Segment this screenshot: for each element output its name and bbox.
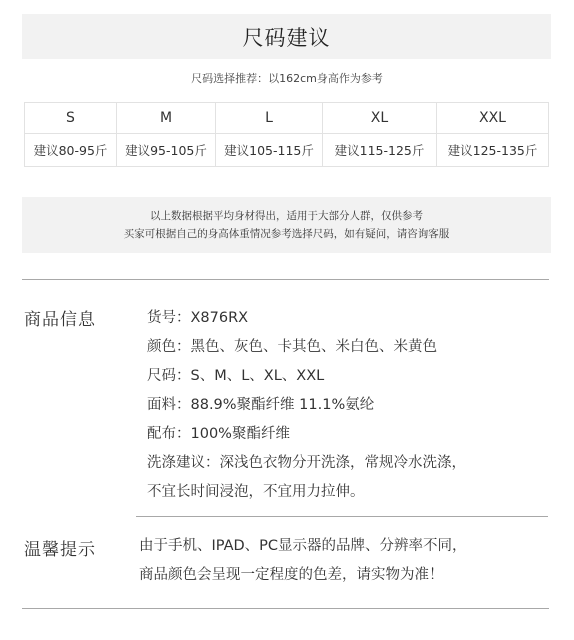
product-info-colors: 颜色：黑色、灰色、卡其色、米白色、米黄色 [147, 333, 466, 362]
size-value-m: 建议95-105斤 [117, 134, 216, 167]
product-info-washing-1: 洗涤建议：深浅色衣物分开洗涤，常规冷水洗涤， [147, 449, 466, 478]
product-info-sizes: 尺码：S、M、L、XL、XXL [147, 362, 466, 391]
size-table-header-row: S M L XL XXL [25, 103, 549, 134]
product-info-fabric: 面料：88.9%聚酯纤维 11.1%氨纶 [147, 391, 466, 420]
size-guide-title: 尺码建议 [243, 22, 331, 52]
product-info-lining: 配布：100%聚酯纤维 [147, 420, 466, 449]
size-notice-box: 以上数据根据平均身材得出，适用于大部分人群，仅供参考 买家可根据自己的身高体重情… [22, 197, 551, 253]
product-info-list: 货号：X876RX 颜色：黑色、灰色、卡其色、米白色、米黄色 尺码：S、M、L、… [147, 304, 466, 507]
size-table-value-row: 建议80-95斤 建议95-105斤 建议105-115斤 建议115-125斤… [25, 134, 549, 167]
size-guide-title-box: 尺码建议 [22, 14, 551, 59]
size-header-s: S [25, 103, 117, 134]
size-header-l: L [216, 103, 323, 134]
size-guide-subtitle: 尺码选择推荐：以162cm身高作为参考 [0, 70, 574, 86]
size-notice-line-1: 以上数据根据平均身材得出，适用于大部分人群，仅供参考 [150, 207, 423, 225]
size-value-l: 建议105-115斤 [216, 134, 323, 167]
size-notice-line-2: 买家可根据自己的身高体重情况参考选择尺码，如有疑问，请咨询客服 [124, 225, 450, 243]
size-header-xxl: XXL [437, 103, 549, 134]
size-value-xl: 建议115-125斤 [323, 134, 437, 167]
tips-line-2: 商品颜色会呈现一定程度的色差，请实物为准！ [139, 561, 467, 590]
tips-label: 温馨提示 [24, 535, 96, 560]
size-header-m: M [117, 103, 216, 134]
section-divider-middle [136, 516, 548, 517]
section-divider-bottom [22, 608, 549, 609]
size-value-s: 建议80-95斤 [25, 134, 117, 167]
size-header-xl: XL [323, 103, 437, 134]
section-divider-top [22, 279, 549, 280]
size-table: S M L XL XXL 建议80-95斤 建议95-105斤 建议105-11… [24, 102, 549, 167]
tips-line-1: 由于手机、IPAD、PC显示器的品牌、分辨率不同， [139, 532, 467, 561]
product-info-label: 商品信息 [24, 305, 96, 330]
tips-list: 由于手机、IPAD、PC显示器的品牌、分辨率不同， 商品颜色会呈现一定程度的色差… [139, 532, 467, 590]
product-info-item-number: 货号：X876RX [147, 304, 466, 333]
size-value-xxl: 建议125-135斤 [437, 134, 549, 167]
product-info-washing-2: 不宜长时间浸泡，不宜用力拉伸。 [147, 478, 466, 507]
